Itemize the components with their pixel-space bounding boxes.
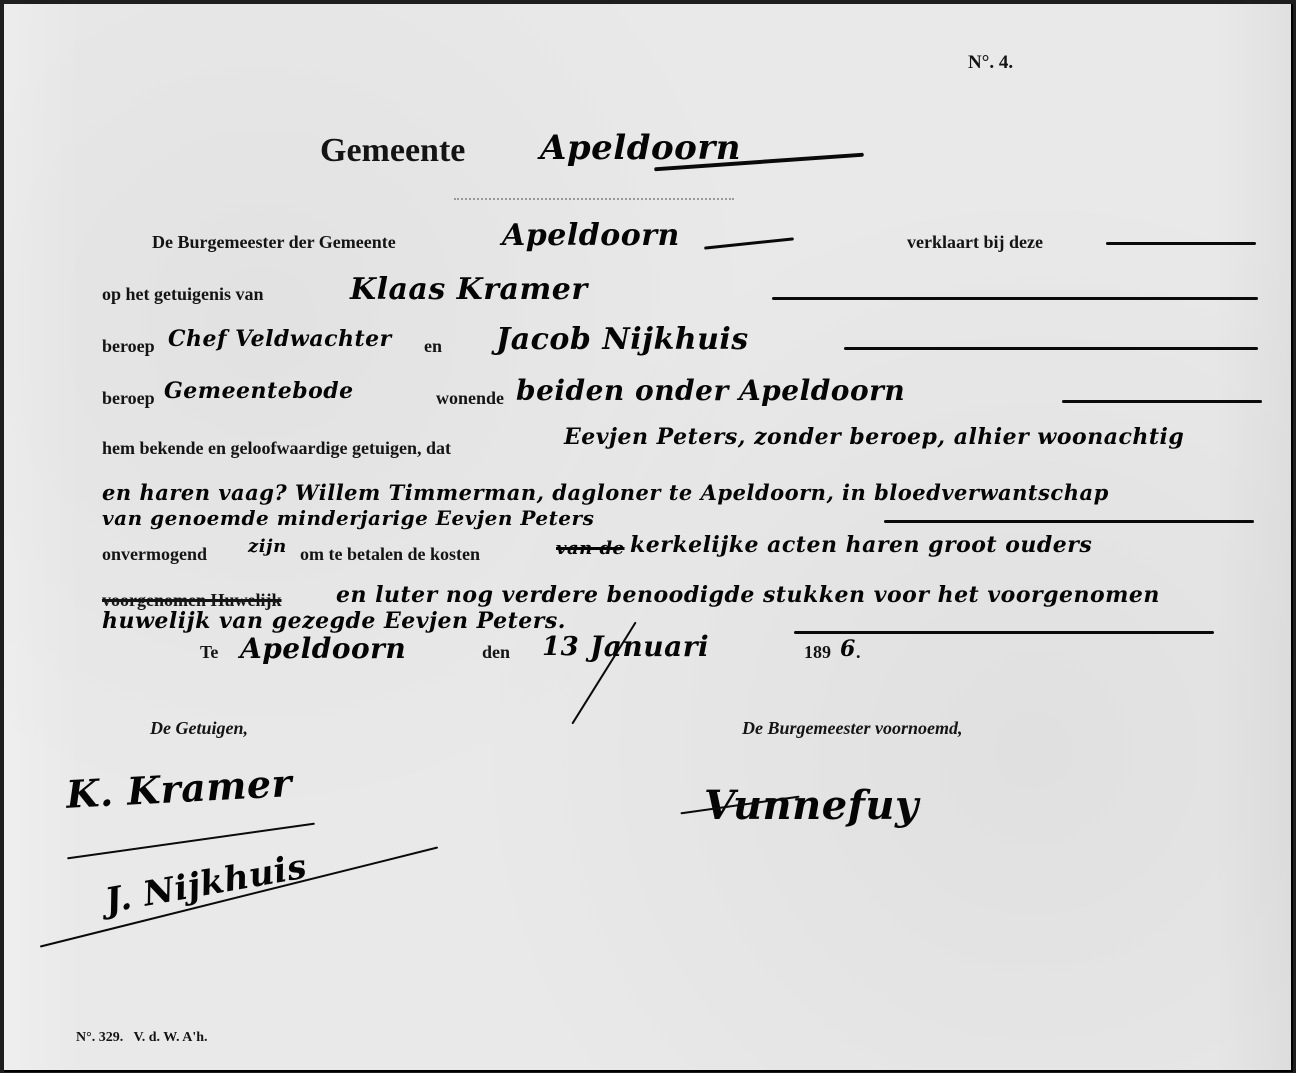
line4-label-residing: wonende (436, 388, 504, 409)
subject-name-occupation: Eevjen Peters, zonder beroep, alhier woo… (564, 424, 1184, 450)
line2-fill-line (772, 297, 1258, 300)
line1-municipality: Apeldoorn (502, 218, 680, 253)
line1-label: De Burgemeester der Gemeente (152, 232, 396, 253)
printer-mark: N°. 329. V. d. W. A'h. (76, 1030, 208, 1046)
line8-second: huwelijk van gezegde Eevjen Peters. (102, 608, 566, 634)
witness2-name: Jacob Nijkhuis (496, 322, 749, 357)
line7-inserted: zijn (248, 536, 287, 557)
line1-fill-line (1106, 242, 1256, 245)
witnesses-label: De Getuigen, (150, 718, 248, 739)
line4-label: beroep (102, 388, 155, 409)
witness1-name: Klaas Kramer (350, 272, 588, 307)
line3-label-and: en (424, 336, 442, 357)
line3-fill-line (844, 347, 1258, 350)
date-year-prefix: 189 (804, 642, 831, 663)
witness1-signature: K. Kramer (65, 760, 293, 817)
date-month: Januari (590, 630, 709, 663)
line4-fill-line (1062, 400, 1262, 403)
date-day: 13 (542, 632, 579, 662)
line2-label: op het getuigenis van (102, 284, 264, 305)
line7-label-rest: om te betalen de kosten (300, 544, 480, 565)
witness2-signature: J. Nijkhuis (102, 847, 310, 922)
date-label-den: den (482, 642, 510, 663)
witness2-occupation: Gemeentebode (164, 378, 354, 404)
line1-label-right: verklaart bij deze (907, 232, 1043, 253)
title-label: Gemeente (320, 132, 465, 170)
title-municipality: Apeldoorn (540, 128, 741, 168)
line7-struck: van de (556, 538, 625, 559)
title-ornament (454, 192, 734, 200)
guardian-line: en haren vaag? Willem Timmerman, daglone… (102, 480, 1109, 505)
line8-continuation: en luter nog verdere benoodigde stukken … (336, 582, 1160, 608)
line5-label: hem bekende en geloofwaardige getuigen, … (102, 438, 451, 459)
line7-label: onvermogend (102, 544, 207, 565)
line8-fill-line (794, 631, 1214, 634)
line7-continuation: kerkelijke acten haren groot ouders (630, 532, 1092, 558)
form-number: N°. 4. (968, 52, 1013, 74)
date-period: . (856, 642, 861, 663)
minor-line: van genoemde minderjarige Eevjen Peters (102, 506, 594, 530)
mayor-label: De Burgemeester voornoemd, (742, 718, 962, 739)
line3-label: beroep (102, 336, 155, 357)
witnesses-residence: beiden onder Apeldoorn (516, 374, 905, 407)
document-page: N°. 4. Gemeente Apeldoorn De Burgemeeste… (4, 4, 1293, 1072)
line1-fill-stroke (704, 237, 794, 249)
date-place: Apeldoorn (240, 632, 406, 665)
date-year-suffix: 6 (840, 636, 856, 662)
witness1-occupation: Chef Veldwachter (168, 326, 392, 352)
line6-fill-line (884, 520, 1254, 523)
date-label-at: Te (200, 642, 218, 663)
